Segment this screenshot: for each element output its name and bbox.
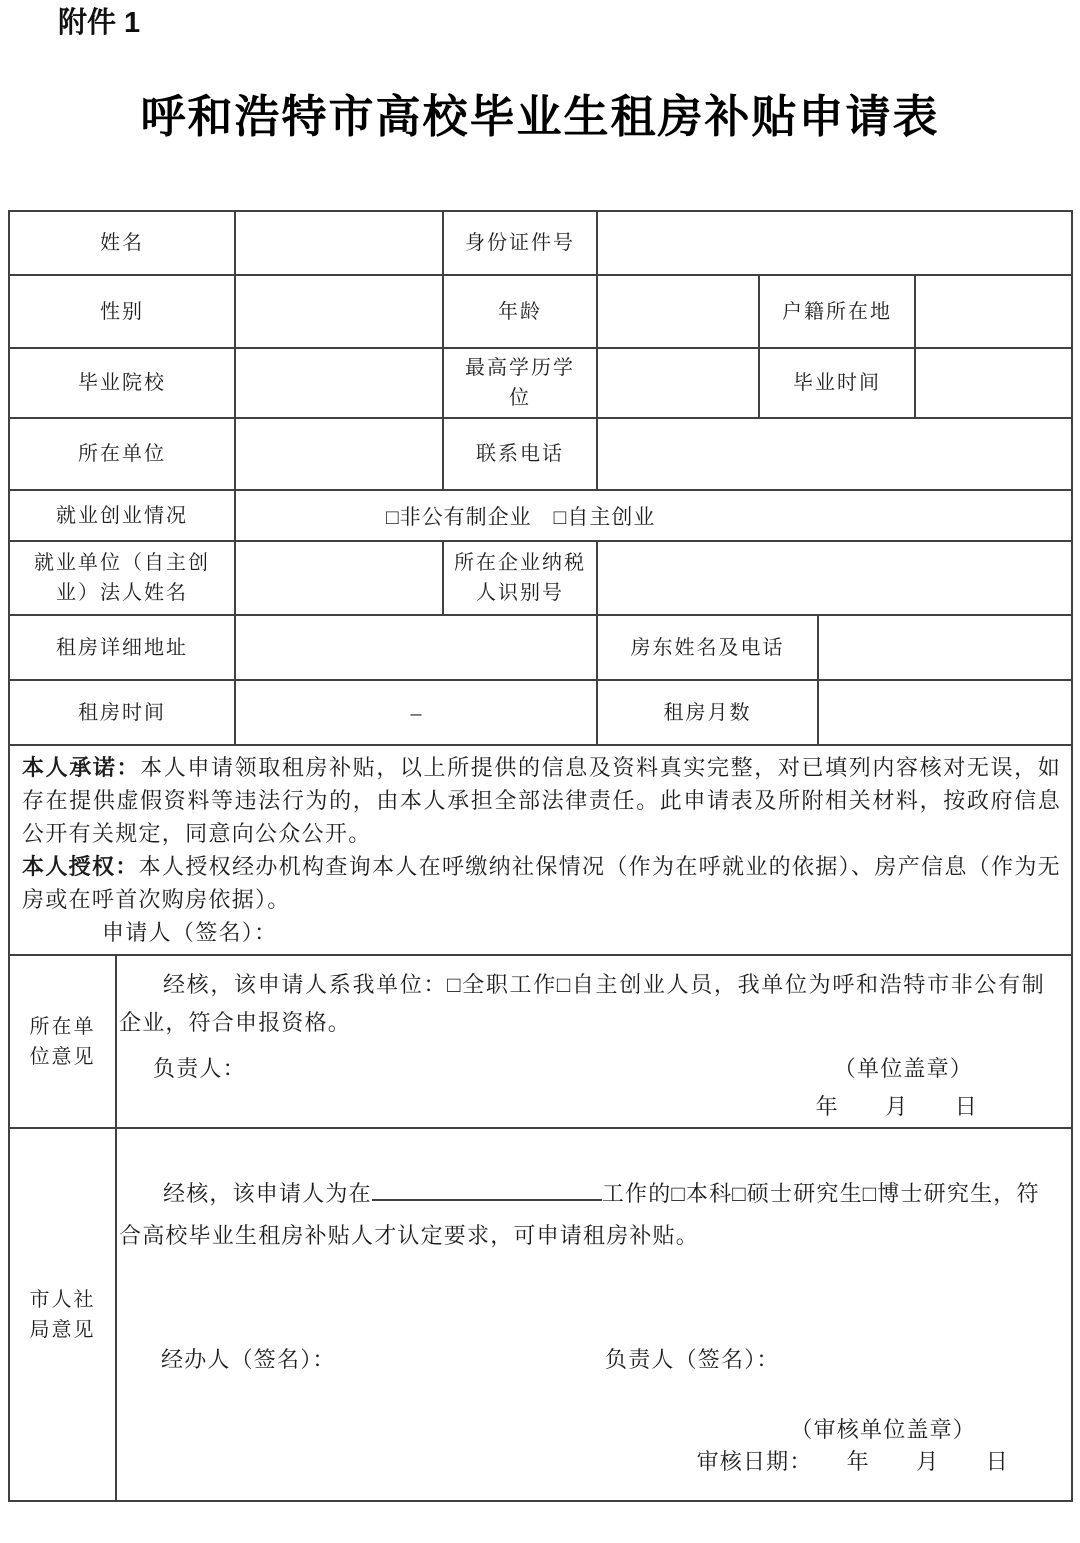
bureau-date-line: 审核日期：年 月 日 [117, 1447, 1071, 1477]
attachment-label: 附件 1 [58, 6, 1080, 40]
landlord-label: 房东姓名及电话 [596, 616, 817, 679]
commitment-heading: 本人承诺： [22, 755, 140, 780]
commitment-text: 本人申请领取租房补贴，以上所提供的信息及资料真实完整，对已填列内容核对无误，如存… [22, 755, 1061, 846]
authorization-paragraph: 本人授权：本人授权经办机构查询本人在呼缴纳社保情况（作为在呼就业的依据）、房产信… [22, 850, 1061, 916]
employment-status-label: 就业创业情况 [10, 491, 234, 540]
document-page: 附件 1 呼和浩特市高校毕业生租房补贴申请表 姓名 身份证件号 性别 年龄 户籍… [0, 6, 1080, 1502]
employer-seal-label: （单位盖章） [834, 1054, 973, 1084]
commitment-paragraph: 本人承诺：本人申请领取租房补贴，以上所提供的信息及资料真实完整，对已填列内容核对… [22, 751, 1061, 850]
school-value-cell [234, 349, 442, 417]
employer-value-cell [234, 419, 442, 489]
employer-opinion-body: 经核，该申请人系我单位：□全职工作□自主创业人员，我单位为呼和浩特市非公有制企业… [115, 956, 1071, 1127]
rent-address-value-cell [234, 616, 596, 679]
bureau-manager-label: 负责人（签名）： [605, 1345, 780, 1375]
bureau-sign-row: 经办人（签名）： 负责人（签名）： [117, 1345, 1071, 1375]
application-form-table: 姓名 身份证件号 性别 年龄 户籍所在地 毕业院校 最高学历学 位 毕业时间 所… [8, 210, 1073, 1502]
employer-label: 所在单位 [10, 419, 234, 489]
bureau-text-before: 经核，该申请人为在 [163, 1181, 372, 1206]
school-label: 毕业院校 [10, 349, 234, 417]
employment-options-checkboxes: □非公有制企业 □自主创业 [234, 491, 1071, 540]
employer-opinion-text: 经核，该申请人系我单位：□全职工作□自主创业人员，我单位为呼和浩特市非公有制企业… [117, 966, 1071, 1042]
commitment-block: 本人承诺：本人申请领取租房补贴，以上所提供的信息及资料真实完整，对已填列内容核对… [10, 746, 1071, 954]
degree-label: 最高学历学 位 [442, 349, 596, 417]
form-title: 呼和浩特市高校毕业生租房补贴申请表 [0, 86, 1080, 148]
rent-address-label: 租房详细地址 [10, 616, 234, 679]
age-value-cell [596, 276, 758, 347]
rent-period-value-cell: – [234, 681, 596, 744]
row-gender-age-residence: 性别 年龄 户籍所在地 [10, 274, 1071, 347]
gender-label: 性别 [10, 276, 234, 347]
bureau-date-value: 年 月 日 [847, 1449, 1009, 1474]
row-bureau-opinion: 市人社 局意见 经核，该申请人为在工作的□本科□硕士研究生□博士研究生，符合高校… [10, 1127, 1071, 1500]
bureau-opinion-body: 经核，该申请人为在工作的□本科□硕士研究生□博士研究生，符合高校毕业生租房补贴人… [115, 1129, 1071, 1500]
bureau-seal-label: （审核单位盖章） [117, 1415, 1071, 1445]
residence-label: 户籍所在地 [758, 276, 914, 347]
id-number-value-cell [596, 212, 1071, 274]
phone-value-cell [596, 419, 1071, 489]
authorization-text: 本人授权经办机构查询本人在呼缴纳社保情况（作为在呼就业的依据）、房产信息（作为无… [22, 854, 1061, 912]
employer-date-line: 年 月 日 [117, 1092, 1071, 1122]
tax-id-value-cell [596, 542, 1071, 614]
bureau-opinion-label: 市人社 局意见 [10, 1129, 115, 1500]
row-employer-opinion: 所在单 位意见 经核，该申请人系我单位：□全职工作□自主创业人员，我单位为呼和浩… [10, 954, 1071, 1127]
rent-months-value-cell [817, 681, 1071, 744]
rent-months-label: 租房月数 [596, 681, 817, 744]
authorization-heading: 本人授权： [22, 854, 139, 879]
row-rent-period-months: 租房时间 – 租房月数 [10, 679, 1071, 744]
legal-person-value-cell [234, 542, 442, 614]
phone-label: 联系电话 [442, 419, 596, 489]
name-label: 姓名 [10, 212, 234, 274]
bureau-handler-label: 经办人（签名）： [161, 1345, 605, 1375]
row-school-degree-gradtime: 毕业院校 最高学历学 位 毕业时间 [10, 347, 1071, 417]
row-employment-status: 就业创业情况 □非公有制企业 □自主创业 [10, 489, 1071, 540]
applicant-signature-label: 申请人（签名）： [22, 916, 1061, 949]
bureau-opinion-text: 经核，该申请人为在工作的□本科□硕士研究生□博士研究生，符合高校毕业生租房补贴人… [117, 1173, 1071, 1257]
rent-period-label: 租房时间 [10, 681, 234, 744]
degree-value-cell [596, 349, 758, 417]
age-label: 年龄 [442, 276, 596, 347]
row-name-id: 姓名 身份证件号 [10, 212, 1071, 274]
employer-sign-row: 负责人： （单位盖章） [117, 1054, 1071, 1084]
name-value-cell [234, 212, 442, 274]
tax-id-label: 所在企业纳税 人识别号 [442, 542, 596, 614]
row-employer-phone: 所在单位 联系电话 [10, 417, 1071, 489]
row-legalperson-taxid: 就业单位（自主创 业）法人姓名 所在企业纳税 人识别号 [10, 540, 1071, 614]
legal-person-label: 就业单位（自主创 业）法人姓名 [10, 542, 234, 614]
id-number-label: 身份证件号 [442, 212, 596, 274]
employer-manager-label: 负责人： [153, 1054, 246, 1084]
row-rent-address-landlord: 租房详细地址 房东姓名及电话 [10, 614, 1071, 679]
grad-time-value-cell [914, 349, 1071, 417]
landlord-value-cell [817, 616, 1071, 679]
residence-value-cell [914, 276, 1071, 347]
employer-opinion-label: 所在单 位意见 [10, 956, 115, 1127]
row-commitment: 本人承诺：本人申请领取租房补贴，以上所提供的信息及资料真实完整，对已填列内容核对… [10, 744, 1071, 954]
grad-time-label: 毕业时间 [758, 349, 914, 417]
fill-in-underline [372, 1177, 602, 1201]
gender-value-cell [234, 276, 442, 347]
bureau-date-label: 审核日期： [697, 1449, 813, 1474]
